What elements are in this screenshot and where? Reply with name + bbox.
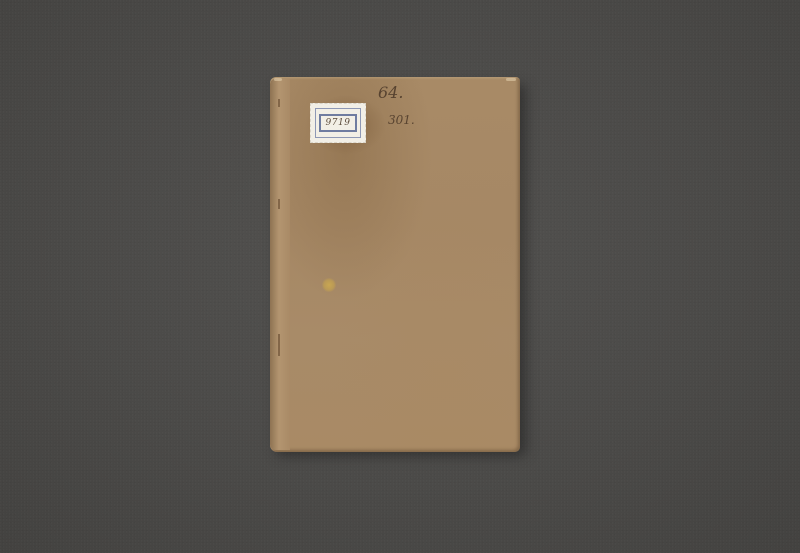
gold-stamp-mark [322,278,336,292]
handwritten-note-top: 64. [378,83,403,102]
book-cover: 9719 64. 301. [270,77,520,452]
book-spine [270,79,290,450]
spine-stitch [278,99,280,107]
corner-wear [274,78,282,81]
spine-stitch [278,334,280,356]
handwritten-note-bottom: 301. [388,113,415,127]
corner-wear [506,78,516,81]
label-number: 9719 [319,114,357,132]
library-label: 9719 [310,103,366,143]
spine-stitch [278,199,280,209]
